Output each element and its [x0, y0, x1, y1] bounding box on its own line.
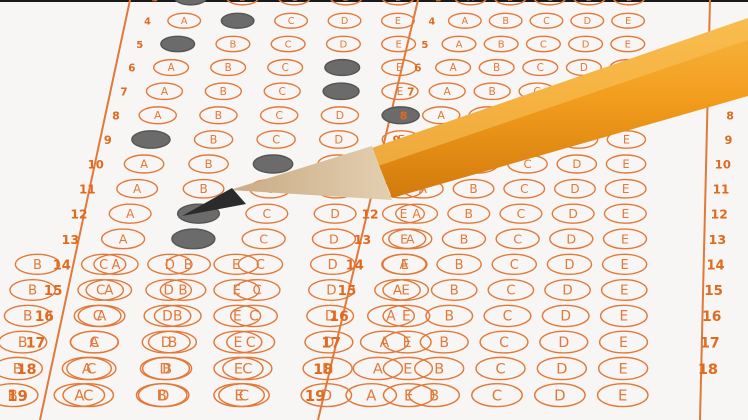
- pencil-lead: [182, 188, 246, 216]
- pencil-wood-tip: [230, 146, 392, 200]
- pencil: [0, 0, 748, 420]
- answer-sheet-photo: 14ABCDE15ABCDE16ABCDE17ABCDE18ABCDE19ABC…: [0, 0, 748, 420]
